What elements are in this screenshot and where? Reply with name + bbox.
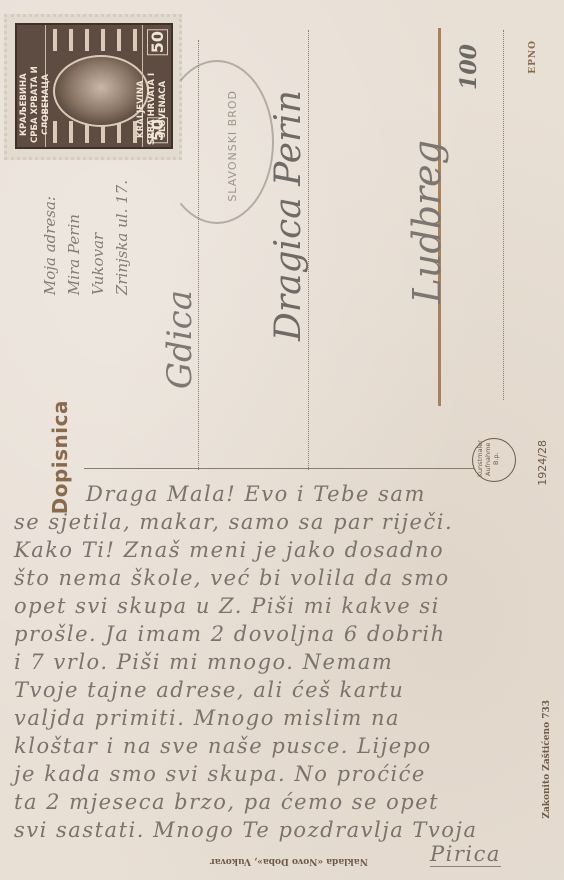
message-line-12: ta 2 mjeseca brzo, pa ćemo se opet — [14, 790, 439, 814]
series-code: EPNO — [528, 40, 538, 74]
sender-city: Vukovar — [86, 180, 110, 295]
postmark-text: SLAVONSKI BROD — [226, 90, 239, 202]
photographer-stamp-line-3: B.p. — [492, 441, 500, 477]
sender-name: Mira Perin — [62, 180, 86, 295]
message-line-10: kloštar i na sve naše pusce. Lijepo — [14, 734, 432, 758]
photographer-stamp-line-2: Aufnahme — [484, 441, 492, 477]
recipient-number: 100 — [456, 44, 482, 90]
message-line-4: što nema škole, već bi volila da smo — [14, 566, 450, 590]
sender-address: Moja adresa: Mira Perin Vukovar Zrinjska… — [38, 180, 134, 295]
stamp-latin-line-1: KRALJEVINA — [136, 65, 147, 153]
message-line-13: svi sastati. Mnogo Te pozdravlja Tvoja — [14, 818, 477, 842]
stamp-face: КРАЉЕВИНА СРБА ХРВАТА И СЛОВЕНАЦА 50 50 … — [15, 23, 173, 149]
message-line-3: Kako Ti! Znaš meni je jako dosadno — [14, 538, 444, 562]
recipient-name: Dragica Perin — [268, 90, 309, 341]
photographer-stamp-line-1: Kunstmaler — [476, 441, 484, 477]
sender-street: Zrinjska ul. 17. — [110, 180, 134, 295]
postmark-circle — [160, 60, 274, 224]
message-signature: Pirica — [430, 842, 501, 867]
recipient-city: Ludbreg — [405, 140, 449, 303]
stamp-value-top: 50 — [147, 29, 168, 55]
photographer-stamp-year: 1924/28 — [536, 440, 549, 486]
stamp-left-panel: КРАЉЕВИНА СРБА ХРВАТА И СЛОВЕНАЦА — [17, 25, 46, 147]
message-line-8: Tvoje tajne adrese, ali ćeš kartu — [14, 678, 404, 702]
address-line-1 — [198, 40, 199, 470]
postage-stamp: КРАЉЕВИНА СРБА ХРВАТА И СЛОВЕНАЦА 50 50 … — [4, 14, 182, 160]
recipient-title: Gdica — [160, 290, 200, 389]
card-title: Dopisnica — [48, 400, 72, 514]
address-line-4 — [503, 30, 504, 400]
stamp-ornament-top — [47, 29, 141, 51]
photographer-stamp-text: Kunstmaler Aufnahme B.p. — [476, 441, 500, 477]
message-line-7: i 7 vrlo. Piši mi mnogo. Nemam — [14, 650, 393, 674]
divider-line — [84, 468, 474, 469]
message-line-11: je kada smo svi skupa. No proćiće — [14, 762, 426, 786]
copyright-note: Zakonito Zaštićeno 733 — [542, 700, 552, 819]
stamp-cyrillic-line-1: КРАЉЕВИНА — [19, 55, 30, 155]
publisher-imprint: Naklada «Novo Doba», Vukovar — [210, 856, 368, 866]
stamp-portrait — [53, 55, 149, 127]
message-line-1: Draga Mala! Evo i Tebe sam — [86, 482, 426, 506]
postcard: КРАЉЕВИНА СРБА ХРВАТА И СЛОВЕНАЦА 50 50 … — [0, 0, 564, 880]
message-line-5: opet svi skupa u Z. Piši mi kakve si — [14, 594, 440, 618]
sender-address-label: Moja adresa: — [38, 180, 62, 295]
message-line-2: se sjetila, makar, samo sa par riječi. — [14, 510, 453, 534]
message-line-9: valjda primiti. Mnogo mislim na — [14, 706, 400, 730]
message-line-6: prošle. Ja imam 2 dovoljna 6 dobrih — [14, 622, 446, 646]
